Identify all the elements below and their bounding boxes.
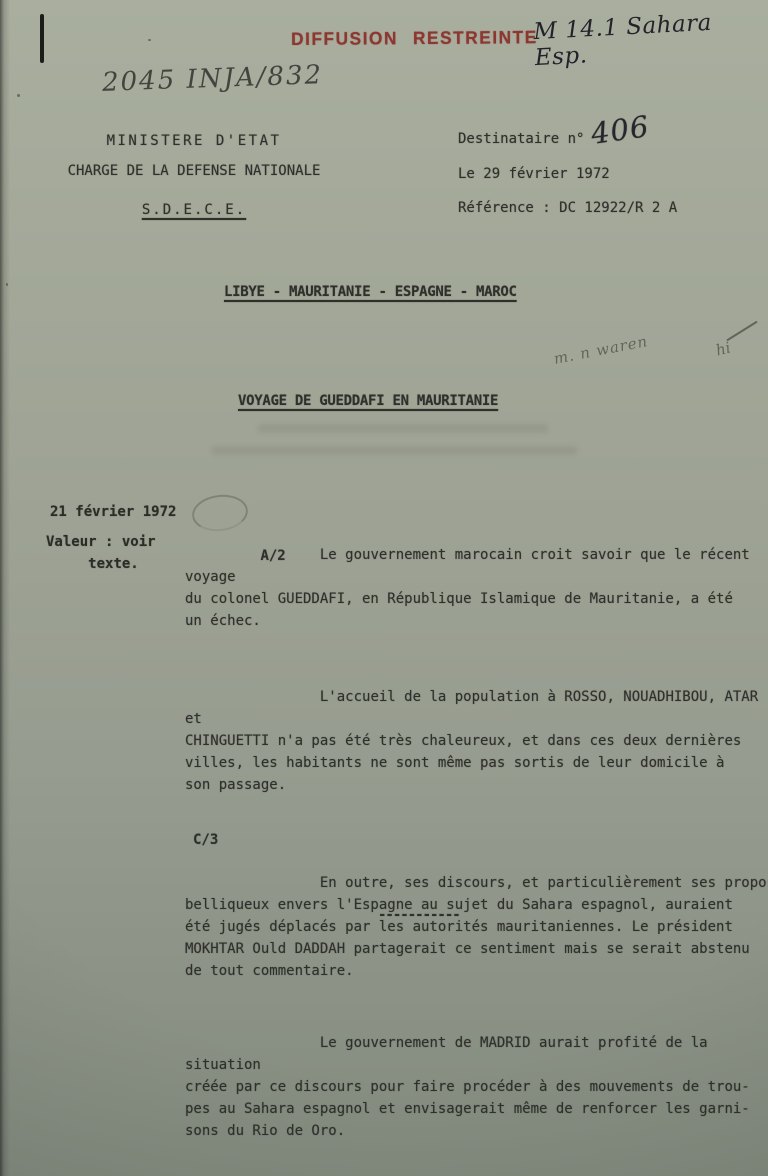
destinataire-row: Destinataire n° 406 (458, 128, 677, 150)
handwritten-registry-number: 2045 INJA/832 (102, 60, 324, 98)
pencil-annotation: m. n waren (552, 332, 649, 368)
destinataire-label: Destinataire n° (458, 128, 584, 150)
paragraph-1-source-grade: A/2 (193, 501, 286, 589)
defense-line: CHARGE DE LA DEFENSE NATIONALE (50, 160, 338, 182)
paragraph-3-text: En outre, ses discours, et particulièrem… (185, 875, 768, 979)
subject-heading: VOYAGE DE GUEDDAFI EN MAURITANIE (238, 390, 498, 412)
paper-speck (148, 39, 151, 41)
paragraph-4: Le gouvernement de MADRID aurait profité… (185, 1010, 768, 1164)
paragraph-2-text: L'accueil de la population à ROSSO, NOUA… (185, 689, 767, 793)
paragraph-2: L'accueil de la population à ROSSO, NOUA… (185, 664, 768, 818)
countries-heading: LIBYE - MAURITANIE - ESPAGNE - MAROC (224, 281, 517, 303)
document-meta: Destinataire n° 406 Le 29 février 1972 R… (458, 128, 677, 219)
ink-bleed-through (258, 424, 548, 433)
paragraph-3: C/3 En outre, ses discours, et particuli… (185, 828, 768, 1004)
handwritten-destinataire-number: 406 (590, 115, 651, 145)
document-page: DIFFUSION RESTREINTE M 14.1 Sahara Esp. … (0, 0, 768, 1176)
letterhead: MINISTERE D'ETAT CHARGE DE LA DEFENSE NA… (50, 130, 338, 221)
ink-bleed-through (212, 446, 577, 455)
sdece-line: S.D.E.C.E. (142, 199, 246, 221)
body-text: A/2 Le gouvernement marocain croit savoi… (185, 500, 768, 1174)
document-reference: Référence : DC 12922/R 2 A (458, 197, 677, 219)
end-of-text-mark: ----------- (378, 904, 460, 926)
diffusion-restreinte-stamp: DIFFUSION RESTREINTE (291, 27, 538, 50)
document-date: Le 29 février 1972 (458, 163, 677, 185)
pencil-circle (190, 492, 250, 535)
margin-valeur-note: Valeur : voir texte. (46, 531, 156, 575)
paragraph-4-text: Le gouvernement de MADRID aurait profité… (185, 1035, 750, 1139)
pencil-initials: hi (714, 339, 732, 360)
pencil-stroke (726, 321, 758, 342)
paper-speck (17, 94, 20, 97)
handwritten-classification-note: M 14.1 Sahara Esp. (533, 7, 768, 71)
margin-date: 21 février 1972 (50, 501, 176, 523)
paragraph-1: A/2 Le gouvernement marocain croit savoi… (185, 500, 768, 654)
ministry-line: MINISTERE D'ETAT (50, 130, 338, 152)
paragraph-3-source-grade: C/3 (193, 829, 218, 851)
paper-speck (6, 283, 8, 286)
margin-tally-mark (40, 14, 44, 63)
